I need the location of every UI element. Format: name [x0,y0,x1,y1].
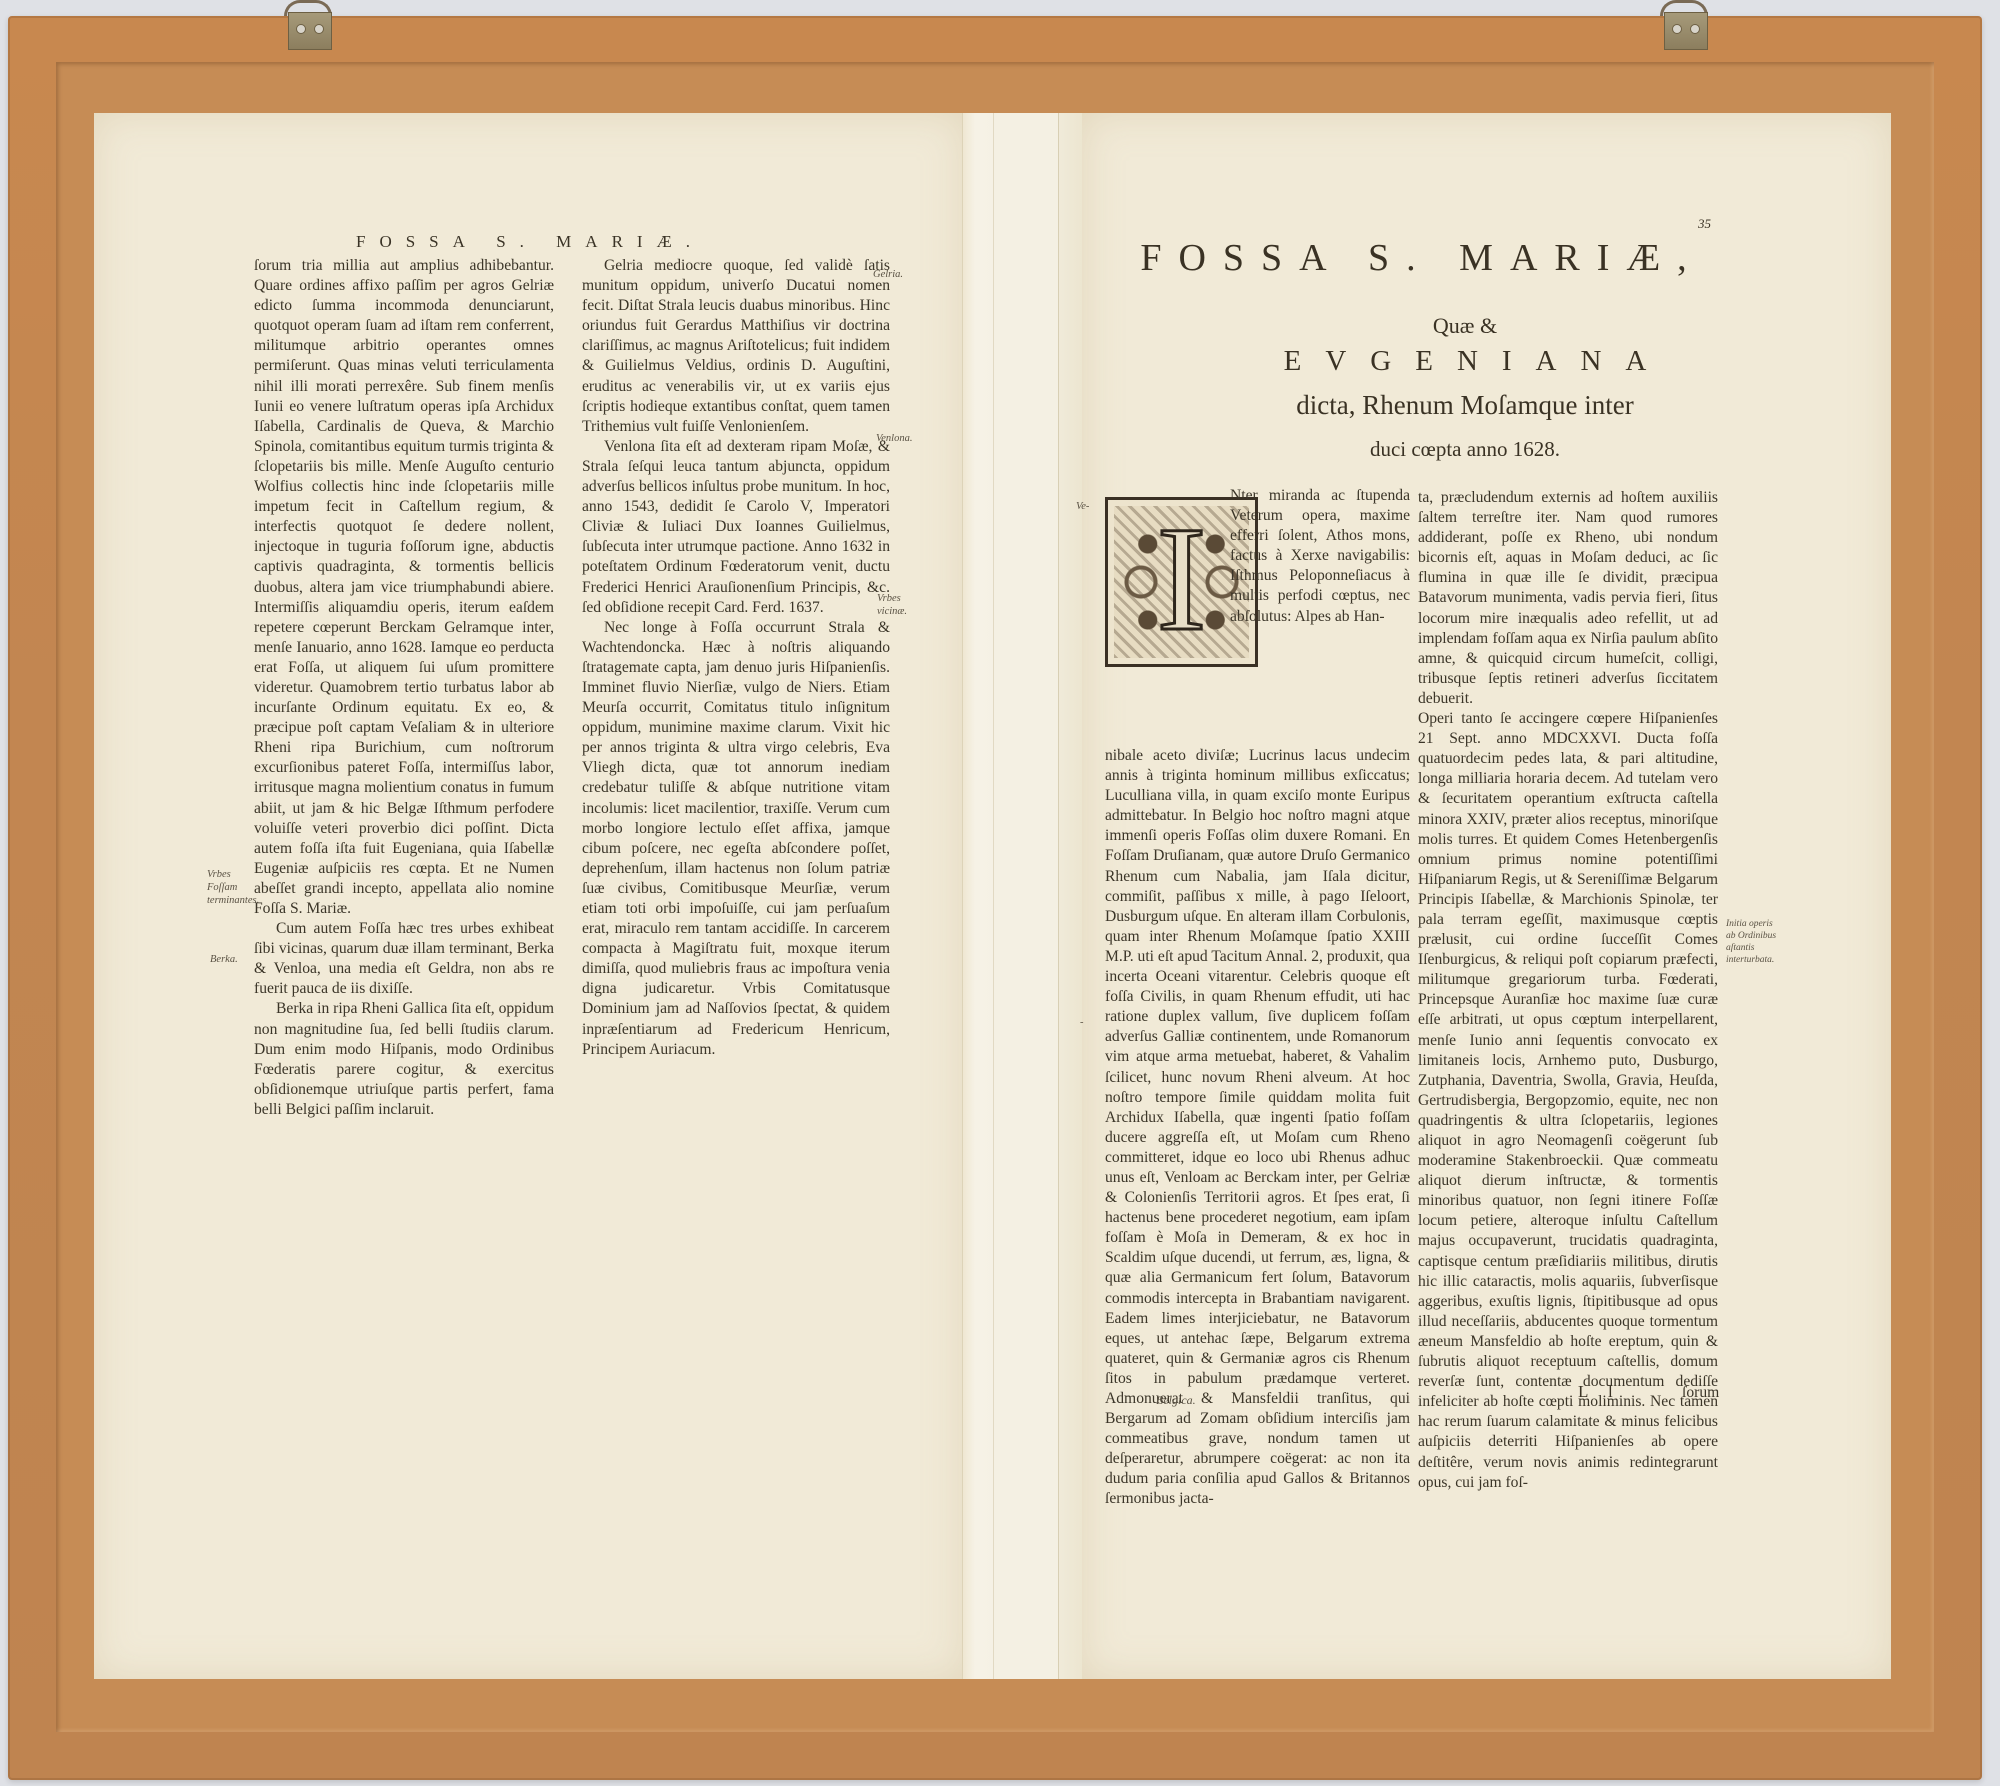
running-head: FOSSA S. MARIÆ. [356,232,756,252]
paragraph: Cum autem Foſſa hæc tres urbes exhibeat … [254,919,554,999]
margin-note: - [1080,1016,1084,1029]
catchword: ſorum [1682,1384,1719,1402]
subtitle-quae: Quæ & [1085,313,1845,339]
subtitle-dicta: dicta, Rhenum Moſamque inter [1085,390,1845,421]
paragraph: Nec longe à Foſſa occurrunt Strala & Wac… [582,618,890,1060]
paragraph: Gelria mediocre quoque, ſed validè ſatis… [582,256,890,437]
paragraph: Operi tanto ſe accingere cœpere Hiſpanie… [1418,709,1718,1493]
margin-note: Vrbes vicinæ. [877,592,927,618]
page-title: FOSSA S. MARIÆ, [1092,236,1752,280]
paragraph: ſorum tria millia aut amplius adhibebant… [254,256,554,919]
paragraph: Venlona ſita eſt ad dexteram ripam Moſæ,… [582,437,890,618]
margin-note: Vrbes Foſſam terminantes. [207,868,257,907]
gutter-hinge [962,113,1086,1679]
subtitle-date: duci cœpta anno 1628. [1085,437,1845,462]
margin-note: Ve- [1076,500,1094,513]
paragraph: Berka in ripa Rheni Gallica ſita eſt, op… [254,999,554,1120]
paragraph: nibale aceto diviſæ; Lucrinus lacus unde… [1105,746,1410,1510]
signature-mark: L l [1578,1382,1621,1402]
left-column-1: ſorum tria millia aut amplius adhibebant… [254,256,554,1120]
margin-note: Gelria. [873,268,903,281]
subtitle-eugeniana: EVGENIANA [1085,345,1845,378]
footer-belgica: Belgica. [1156,1394,1196,1407]
hanger-right-icon [1658,0,1712,48]
margin-note: Initia operis ab Ordinibus aſtantis inte… [1726,918,1778,966]
margin-note: Venlona. [876,432,912,445]
left-column-2: Gelria mediocre quoque, ſed validè ſatis… [582,256,890,1060]
hanger-left-icon [282,0,336,48]
page-number: 35 [1698,216,1711,232]
hinge-tape [993,113,1059,1679]
margin-note: Berka. [210,953,238,966]
right-column-1-opening: Nter miranda ac ſtupenda Veterum opera, … [1230,486,1410,627]
paragraph: ta, præcludendum externis ad hoſtem auxi… [1418,488,1718,709]
initial-letter: I [1157,504,1207,654]
right-column-2: ta, præcludendum externis ad hoſtem auxi… [1418,488,1718,1493]
right-column-1: nibale aceto diviſæ; Lucrinus lacus unde… [1105,746,1410,1510]
